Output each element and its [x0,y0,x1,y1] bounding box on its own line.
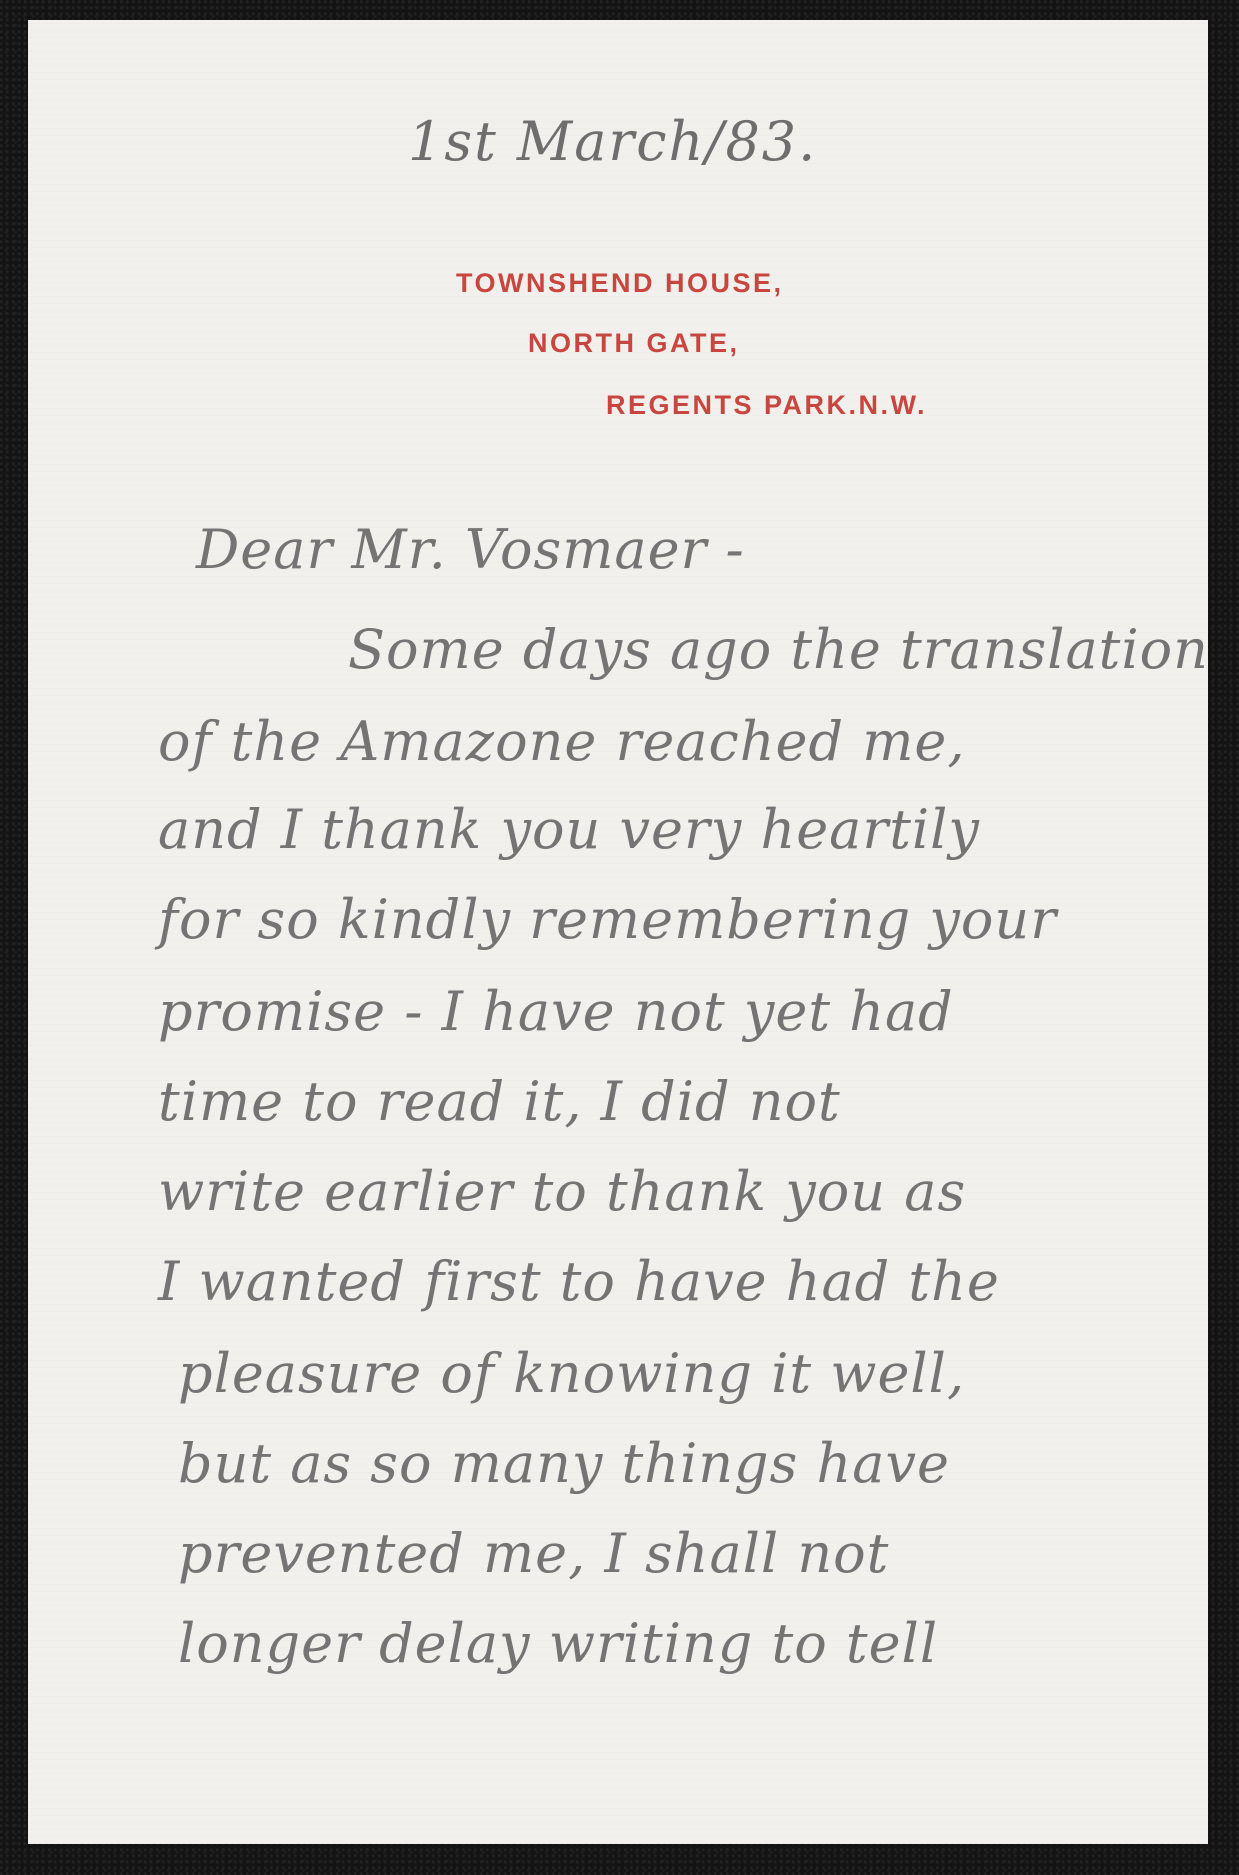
letter-date: 1st March/83. [408,110,817,173]
body-line: but as so many things have [178,1432,950,1495]
body-line: pleasure of knowing it well, [178,1342,965,1405]
letter-page: 1st March/83. TOWNSHEND HOUSE, NORTH GAT… [28,20,1208,1844]
letterhead-line-1: TOWNSHEND HOUSE, [456,268,784,299]
letterhead-line-3: REGENTS PARK.N.W. [606,390,927,421]
body-line: for so kindly remembering your [158,888,1057,951]
salutation: Dear Mr. Vosmaer - [196,518,745,581]
body-line: prevented me, I shall not [178,1522,889,1585]
body-line: longer delay writing to tell [178,1612,938,1675]
body-line: I wanted first to have had the [158,1250,1000,1313]
letterhead-line-2: NORTH GATE, [528,328,740,359]
body-line: Some days ago the translation [348,618,1209,681]
body-line: and I thank you very heartily [158,798,980,861]
body-line: of the Amazone reached me, [158,710,966,773]
body-line: promise - I have not yet had [158,980,954,1043]
body-line: time to read it, I did not [158,1070,841,1133]
body-line: write earlier to thank you as [158,1160,966,1223]
